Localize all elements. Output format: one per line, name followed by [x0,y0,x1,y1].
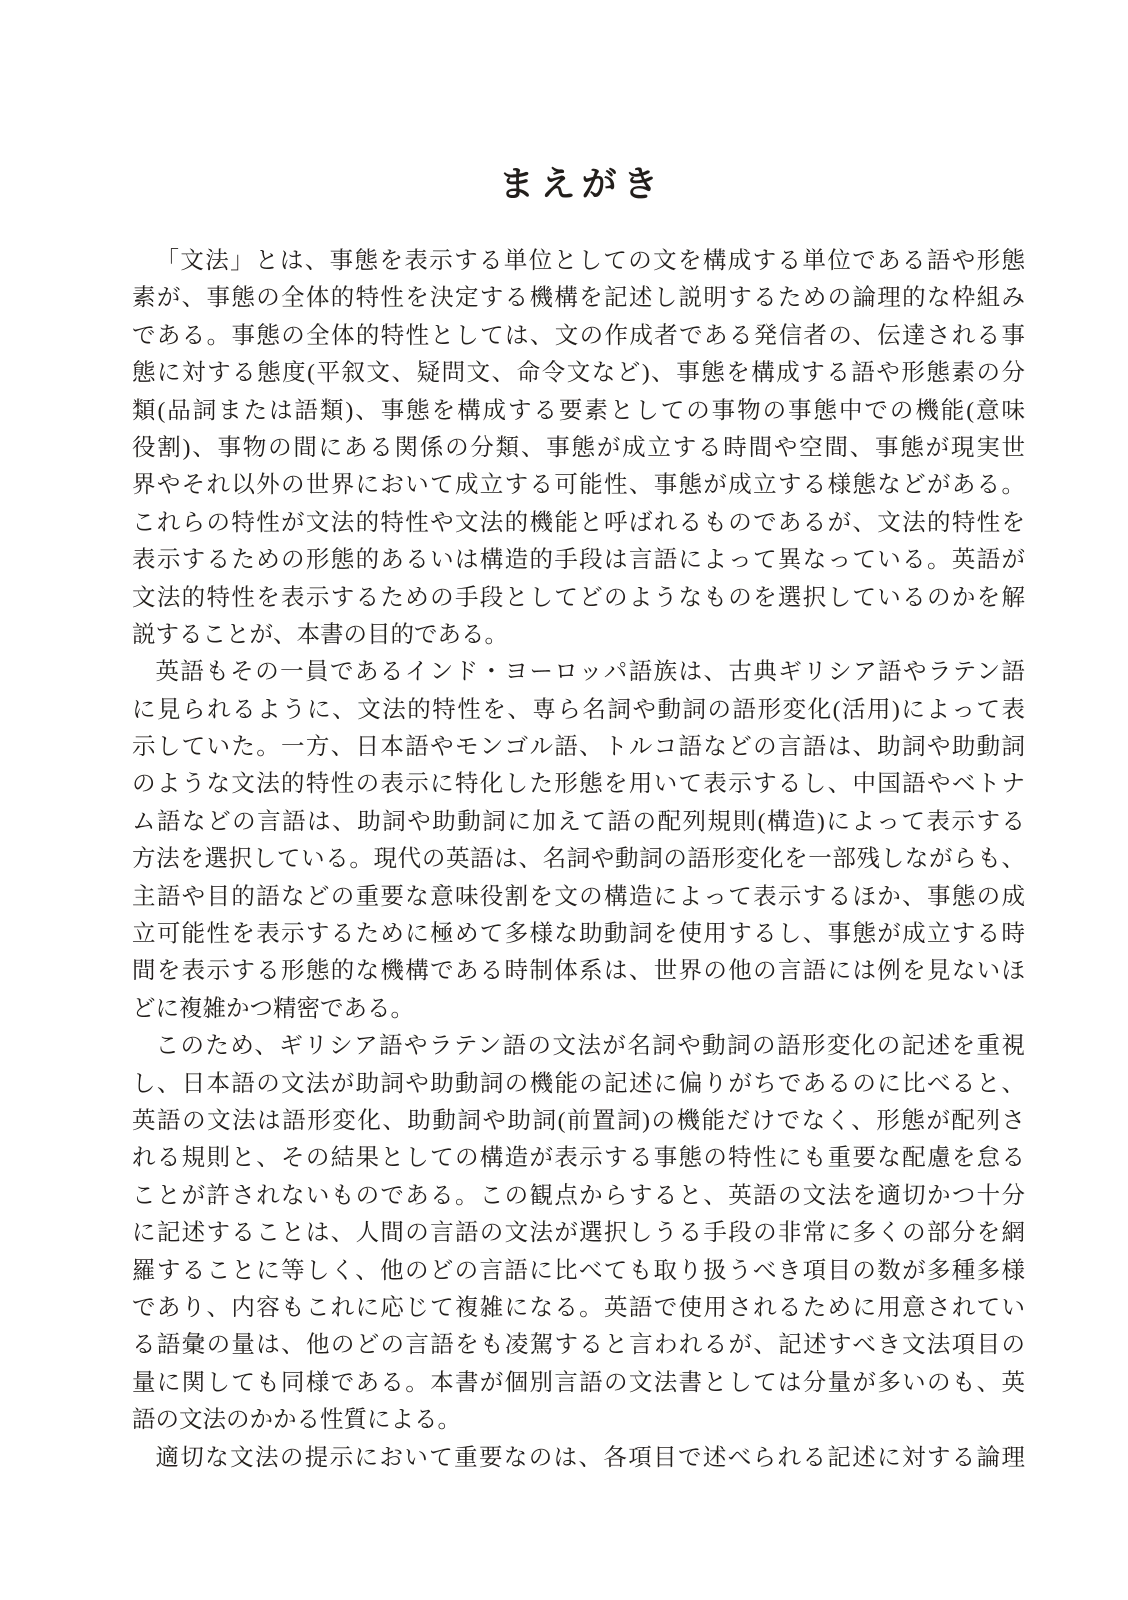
book-page: まえがき 「文法」とは、事態を表示する単位としての文を構成する単位である語や形態… [0,0,1128,1600]
text-line: のような文法的特性の表示に特化した形態を用いて表示するし、中国語やベトナ [132,766,1025,803]
paragraph: 「文法」とは、事態を表示する単位としての文を構成する単位である語や形態素が、事態… [132,243,1025,654]
text-line: 役割)、事物の間にある関係の分類、事態が成立する時間や空間、事態が現実世 [132,430,1025,467]
text-line: 界やそれ以外の世界において成立する可能性、事態が成立する様態などがある。 [132,467,1025,504]
text-line: 「文法」とは、事態を表示する単位としての文を構成する単位である語や形態 [132,243,1025,280]
page-content: まえがき 「文法」とは、事態を表示する単位としての文を構成する単位である語や形態… [132,168,1025,1477]
text-line: 英語の文法は語形変化、助動詞や助詞(前置詞)の機能だけでなく、形態が配列さ [132,1103,1025,1140]
text-line: ム語などの言語は、助詞や助動詞に加えて語の配列規則(構造)によって表示する [132,804,1025,841]
text-line: 類(品詞または語類)、事態を構成する要素としての事物の事態中での機能(意味 [132,393,1025,430]
text-line: 立可能性を表示するために極めて多様な助動詞を使用するし、事態が成立する時 [132,916,1025,953]
text-line: 間を表示する形態的な機構である時制体系は、世界の他の言語には例を見ないほ [132,953,1025,990]
text-line: 方法を選択している。現代の英語は、名詞や動詞の語形変化を一部残しながらも、 [132,841,1025,878]
text-line: 量に関しても同様である。本書が個別言語の文法書としては分量が多いのも、英 [132,1365,1025,1402]
paragraph: このため、ギリシア語やラテン語の文法が名詞や動詞の語形変化の記述を重視し、日本語… [132,1028,1025,1439]
text-line: に見られるように、文法的特性を、専ら名詞や動詞の語形変化(活用)によって表 [132,692,1025,729]
text-line: である。事態の全体的特性としては、文の作成者である発信者の、伝達される事 [132,318,1025,355]
body-text: 「文法」とは、事態を表示する単位としての文を構成する単位である語や形態素が、事態… [132,243,1025,1477]
text-line: ことが許されないものである。この観点からすると、英語の文法を適切かつ十分 [132,1178,1025,1215]
text-line: であり、内容もこれに応じて複雑になる。英語で使用されるために用意されてい [132,1290,1025,1327]
text-line: 語の文法のかかる性質による。 [132,1402,1025,1439]
text-line: に記述することは、人間の言語の文法が選択しうる手段の非常に多くの部分を網 [132,1215,1025,1252]
paragraph: 適切な文法の提示において重要なのは、各項目で述べられる記述に対する論理 [132,1440,1025,1477]
text-line: 態に対する態度(平叙文、疑問文、命令文など)、事態を構成する語や形態素の分 [132,355,1025,392]
text-line: このため、ギリシア語やラテン語の文法が名詞や動詞の語形変化の記述を重視 [132,1028,1025,1065]
text-line: れる規則と、その結果としての構造が表示する事態の特性にも重要な配慮を怠る [132,1140,1025,1177]
text-line: 説することが、本書の目的である。 [132,617,1025,654]
text-line: る語彙の量は、他のどの言語をも凌駕すると言われるが、記述すべき文法項目の [132,1327,1025,1364]
text-line: 文法的特性を表示するための手段としてどのようなものを選択しているのかを解 [132,580,1025,617]
text-line: 主語や目的語などの重要な意味役割を文の構造によって表示するほか、事態の成 [132,879,1025,916]
paragraph: 英語もその一員であるインド・ヨーロッパ語族は、古典ギリシア語やラテン語に見られる… [132,654,1025,1028]
text-line: どに複雑かつ精密である。 [132,991,1025,1028]
text-line: 示していた。一方、日本語やモンゴル語、トルコ語などの言語は、助詞や助動詞 [132,729,1025,766]
text-line: 英語もその一員であるインド・ヨーロッパ語族は、古典ギリシア語やラテン語 [132,654,1025,691]
text-line: 適切な文法の提示において重要なのは、各項目で述べられる記述に対する論理 [132,1440,1025,1477]
page-title: まえがき [132,168,1025,203]
text-line: 素が、事態の全体的特性を決定する機構を記述し説明するための論理的な枠組み [132,280,1025,317]
text-line: 表示するための形態的あるいは構造的手段は言語によって異なっている。英語が [132,542,1025,579]
text-line: し、日本語の文法が助詞や助動詞の機能の記述に偏りがちであるのに比べると、 [132,1066,1025,1103]
text-line: 羅することに等しく、他のどの言語に比べても取り扱うべき項目の数が多種多様 [132,1253,1025,1290]
text-line: これらの特性が文法的特性や文法的機能と呼ばれるものであるが、文法的特性を [132,505,1025,542]
